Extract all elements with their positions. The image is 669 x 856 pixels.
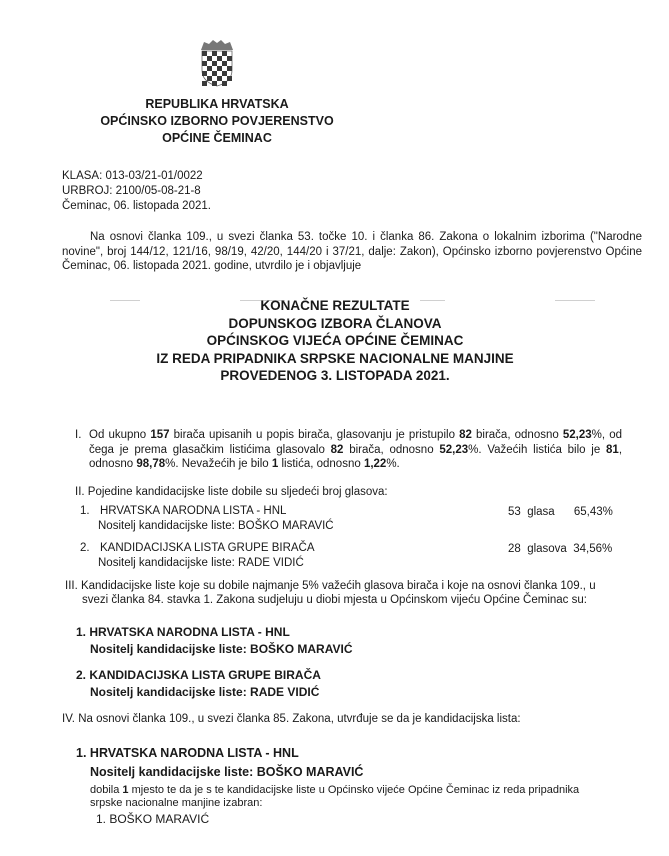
title-line-4: IZ REDA PRIPADNIKA SRPSKE NACIONALNE MAN… bbox=[110, 350, 560, 368]
results-list-2: 2.KANDIDACIJSKA LISTA GRUPE BIRAČA Nosit… bbox=[80, 541, 315, 571]
divider bbox=[555, 300, 595, 301]
section-3-heading-line-1: III. Kandidacijske liste koje su dobile … bbox=[65, 579, 596, 593]
list-bearer: Nositelj kandidacijske liste: RADE VIDIĆ bbox=[90, 684, 321, 701]
section-2-heading: II. Pojedine kandidacijske liste dobile … bbox=[75, 485, 388, 499]
elected-member: 1. BOŠKO MARAVIĆ bbox=[96, 812, 209, 826]
document-meta: KLASA: 013-03/21-01/0022 URBROJ: 2100/05… bbox=[62, 169, 211, 214]
list-name: HRVATSKA NARODNA LISTA - HNL bbox=[89, 625, 289, 639]
title-line-3: OPĆINSKOG VIJEĆA OPĆINE ČEMINAC bbox=[110, 332, 560, 350]
elected-list: 1. HRVATSKA NARODNA LISTA - HNL Nositelj… bbox=[76, 744, 363, 782]
document-title: KONAČNE REZULTATE DOPUNSKOG IZBORA ČLANO… bbox=[110, 297, 560, 385]
list-bearer: Nositelj kandidacijske liste: RADE VIDIĆ bbox=[98, 556, 315, 571]
section-1-turnout: I. Od ukupno 157 birača upisanih u popis… bbox=[62, 428, 622, 472]
title-line-5: PROVEDENOG 3. LISTOPADA 2021. bbox=[110, 367, 560, 385]
urbroj: URBROJ: 2100/05-08-21-8 bbox=[62, 184, 211, 199]
klasa: KLASA: 013-03/21-01/0022 bbox=[62, 169, 211, 184]
vote-word: glasa bbox=[527, 506, 555, 518]
qualified-list-1: 1. HRVATSKA NARODNA LISTA - HNL Nositelj… bbox=[76, 624, 353, 658]
list-name: HRVATSKA NARODNA LISTA - HNL bbox=[100, 505, 286, 517]
list-bearer: Nositelj kandidacijske liste: BOŠKO MARA… bbox=[90, 763, 363, 782]
title-line-2: DOPUNSKOG IZBORA ČLANOVA bbox=[110, 315, 560, 333]
section-1-numeral: I. bbox=[75, 428, 81, 443]
coat-of-arms-icon bbox=[197, 38, 237, 88]
qualified-list-2: 2. KANDIDACIJSKA LISTA GRUPE BIRAČA Nosi… bbox=[76, 667, 321, 701]
vote-word: glasova bbox=[527, 543, 567, 555]
section-3-heading-line-2: svezi članka 84. stavka 1. Zakona sudjel… bbox=[82, 593, 587, 607]
vote-percent: 34,56% bbox=[573, 543, 612, 555]
results-list-1: 1.HRVATSKA NARODNA LISTA - HNL Nositelj … bbox=[80, 504, 334, 534]
seats-statement: dobila 1 mjesto te da je s te kandidacij… bbox=[90, 784, 579, 810]
title-line-1: KONAČNE REZULTATE bbox=[110, 297, 560, 315]
list-name: HRVATSKA NARODNA LISTA - HNL bbox=[90, 746, 299, 760]
header-commission: OPĆINSKO IZBORNO POVJERENSTVO bbox=[100, 113, 334, 130]
vote-count: 53 bbox=[508, 506, 521, 518]
section-4-heading: IV. Na osnovi članka 109., u svezi člank… bbox=[62, 712, 521, 726]
results-list-1-votes: 53 glasa 65,43% bbox=[508, 506, 613, 518]
list-bearer: Nositelj kandidacijske liste: BOŠKO MARA… bbox=[98, 519, 334, 534]
intro-paragraph: Na osnovi članka 109., u svezi članka 53… bbox=[62, 230, 642, 274]
place-date: Čeminac, 06. listopada 2021. bbox=[62, 199, 211, 214]
vote-percent: 65,43% bbox=[574, 506, 613, 518]
section-1-text: Od ukupno 157 birača upisanih u popis bi… bbox=[89, 428, 622, 472]
list-name: KANDIDACIJSKA LISTA GRUPE BIRAČA bbox=[89, 668, 321, 682]
header-republic: REPUBLIKA HRVATSKA bbox=[100, 96, 334, 113]
header-municipality: OPĆINE ČEMINAC bbox=[100, 130, 334, 147]
list-name: KANDIDACIJSKA LISTA GRUPE BIRAČA bbox=[100, 542, 315, 554]
results-list-2-votes: 28 glasova 34,56% bbox=[508, 543, 612, 555]
list-bearer: Nositelj kandidacijske liste: BOŠKO MARA… bbox=[90, 641, 353, 658]
vote-count: 28 bbox=[508, 543, 521, 555]
